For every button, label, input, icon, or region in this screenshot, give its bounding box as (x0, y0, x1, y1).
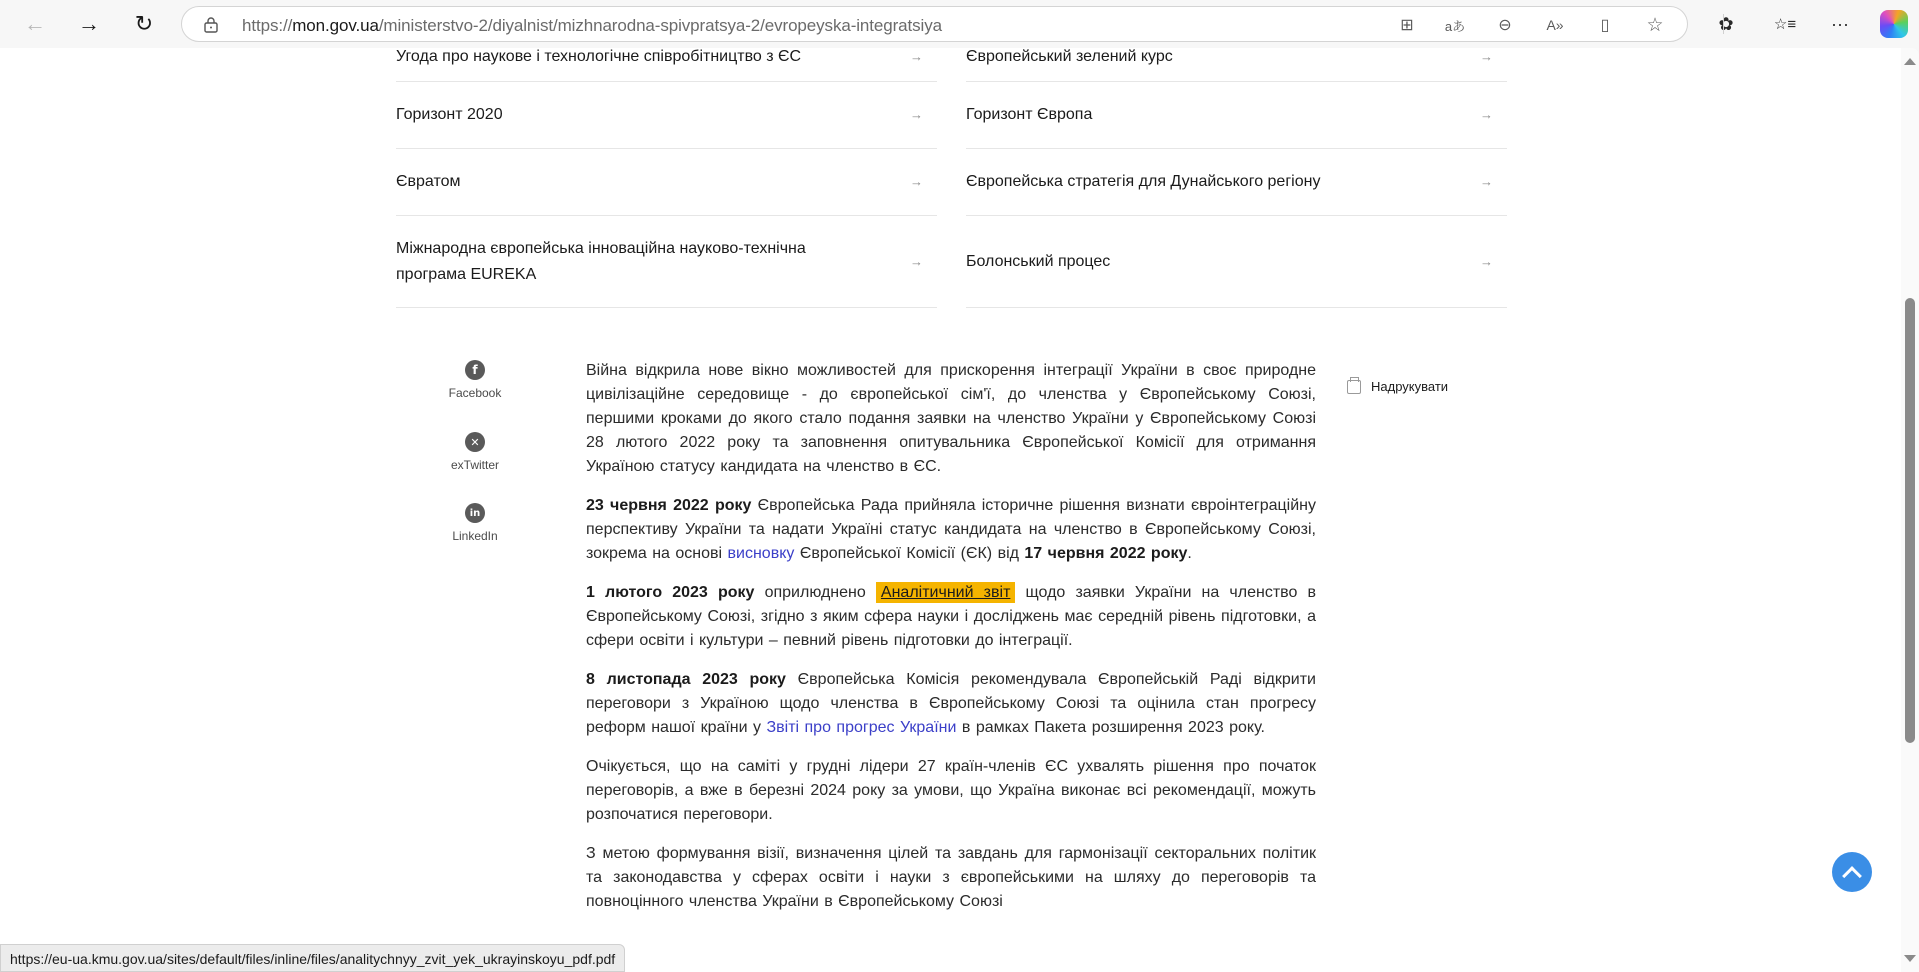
status-bar-url: https://eu-ua.kmu.gov.ua/sites/default/f… (0, 944, 625, 972)
paragraph: 1 лютого 2023 року оприлюднено Аналітичн… (586, 581, 1316, 653)
paragraph: З метою формування візії, визначення ціл… (586, 842, 1316, 914)
link-item[interactable]: Європейська стратегія для Дунайського ре… (966, 149, 1507, 216)
printer-icon (1347, 380, 1361, 394)
split-screen-icon[interactable]: ⊞ (1396, 14, 1418, 36)
link-item[interactable]: Горизонт Європа→ (966, 82, 1507, 149)
refresh-button[interactable]: ↻ (128, 8, 160, 40)
scroll-down-arrow[interactable] (1904, 955, 1916, 962)
paragraph: Очікується, що на саміті у грудні лідери… (586, 755, 1316, 827)
share-facebook[interactable]: f Facebook (440, 360, 510, 400)
more-menu-icon[interactable]: ··· (1826, 10, 1854, 38)
article-body: Війна відкрила нове вікно можливостей дл… (586, 359, 1316, 929)
favorites-icon[interactable]: ☆≡ (1771, 10, 1799, 38)
arrow-right-icon: → (1480, 249, 1493, 275)
progress-report-link[interactable]: Звіті про прогрес України (766, 719, 956, 736)
arrow-right-icon: → (1480, 169, 1493, 195)
linkedin-icon: in (465, 503, 485, 523)
arrow-right-icon: → (910, 102, 923, 128)
link-item[interactable]: Болонський процес→ (966, 216, 1507, 308)
link-item[interactable]: Європейський зелений курс→ (966, 48, 1507, 82)
back-button[interactable]: ← (19, 8, 51, 40)
share-twitter[interactable]: ✕ exTwitter (440, 432, 510, 472)
x-twitter-icon: ✕ (465, 432, 485, 452)
paragraph: 23 червня 2022 року Європейська Рада при… (586, 494, 1316, 566)
paragraph: Війна відкрила нове вікно можливостей дл… (586, 359, 1316, 479)
share-label: LinkedIn (440, 529, 510, 543)
facebook-icon: f (465, 360, 485, 380)
arrow-right-icon: → (910, 249, 923, 275)
arrow-right-icon: → (1480, 102, 1493, 128)
link-item[interactable]: Горизонт 2020→ (396, 82, 937, 149)
immersive-reader-icon[interactable]: ▯ (1594, 14, 1616, 36)
link-item[interactable]: Євратом→ (396, 149, 937, 216)
lock-icon[interactable] (204, 17, 218, 33)
share-label: Facebook (440, 386, 510, 400)
conclusion-link[interactable]: висновку (728, 545, 795, 562)
read-aloud-icon[interactable]: A» (1544, 14, 1566, 36)
scrollbar[interactable] (1901, 48, 1919, 972)
copilot-icon[interactable] (1880, 10, 1908, 38)
arrow-right-icon: → (910, 48, 923, 70)
link-item[interactable]: Угода про наукове і технологічне співроб… (396, 48, 937, 82)
scrollbar-thumb[interactable] (1905, 298, 1915, 743)
extensions-icon[interactable]: ✿ (1712, 10, 1740, 38)
address-bar[interactable]: https://mon.gov.ua/ministerstvo-2/diyaln… (181, 6, 1688, 42)
chevron-up-icon (1842, 866, 1862, 886)
share-label: exTwitter (440, 458, 510, 472)
forward-button[interactable]: → (73, 8, 105, 40)
link-item[interactable]: Міжнародна європейська інноваційна науко… (396, 216, 937, 308)
translate-icon[interactable]: aあ (1444, 14, 1466, 36)
arrow-right-icon: → (1480, 48, 1493, 70)
print-label: Надрукувати (1371, 379, 1448, 394)
arrow-right-icon: → (910, 169, 923, 195)
share-linkedin[interactable]: in LinkedIn (440, 503, 510, 543)
analytical-report-link[interactable]: Аналітичний звіт (876, 582, 1015, 603)
zoom-out-icon[interactable]: ⊖ (1494, 14, 1516, 36)
toolbar-divider (1723, 14, 1724, 34)
print-button[interactable]: Надрукувати (1347, 379, 1448, 394)
favorite-star-icon[interactable]: ☆ (1644, 14, 1666, 36)
url-text[interactable]: https://mon.gov.ua/ministerstvo-2/diyaln… (242, 16, 942, 36)
browser-toolbar: ← → ↻ https://mon.gov.ua/ministerstvo-2/… (0, 0, 1919, 48)
paragraph: 8 листопада 2023 року Європейська Комісі… (586, 668, 1316, 740)
page-viewport: Угода про наукове і технологічне співроб… (0, 48, 1919, 972)
scroll-to-top-button[interactable] (1832, 852, 1872, 892)
scroll-up-arrow[interactable] (1904, 58, 1916, 65)
